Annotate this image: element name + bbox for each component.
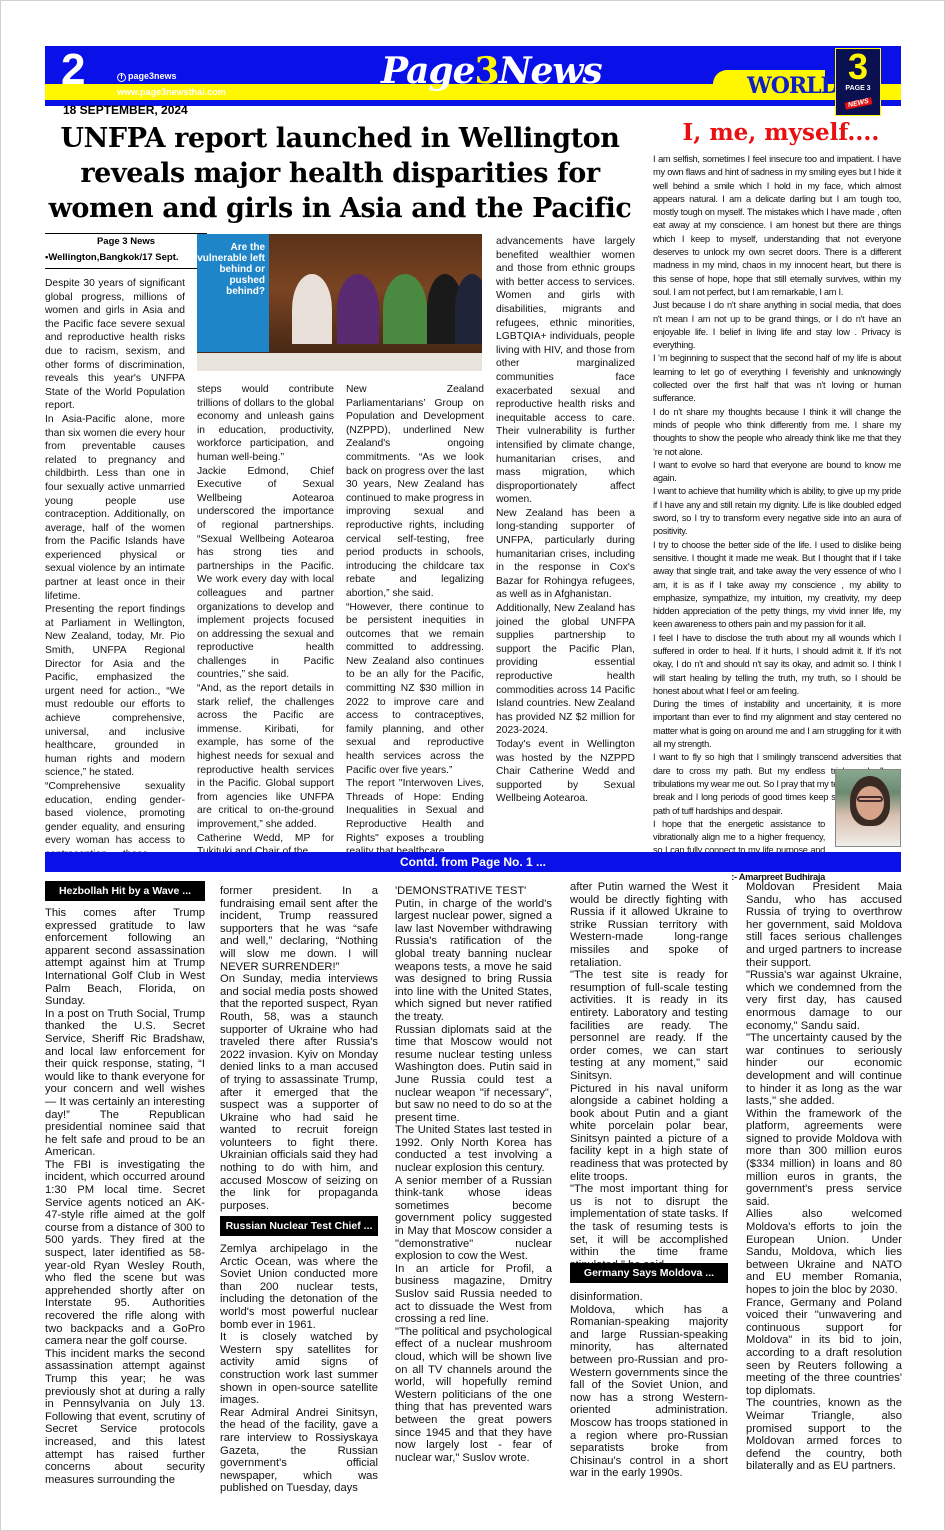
paragraph: "The political and psychological effect …: [395, 1326, 552, 1465]
paragraph: In an article for Profil, a business mag…: [395, 1263, 552, 1326]
paragraph: I try to choose the better side of the l…: [653, 539, 901, 632]
paragraph: In a post on Truth Social, Trump thanked…: [45, 1008, 205, 1159]
logo-number: 3: [475, 50, 499, 92]
paragraph: Moldova, which has a Romanian-speaking m…: [570, 1304, 728, 1480]
logo-word-news: News: [499, 50, 602, 92]
paragraph: New Zealand Parliamentarians’ Group on P…: [346, 383, 484, 601]
paragraph: Within the framework of the platform, ag…: [746, 1108, 902, 1209]
paragraph: Rear Admiral Andrei Sinitsyn, the head o…: [220, 1407, 378, 1495]
page-number: 2: [61, 50, 85, 90]
article-column-2: steps would contribute trillions of doll…: [197, 383, 334, 859]
article-column-1: Despite 30 years of significant global p…: [45, 277, 185, 862]
paragraph: France, Germany and Poland voiced their …: [746, 1297, 902, 1398]
paragraph: I do n't share my thoughts because I thi…: [653, 406, 901, 459]
panelist: [455, 274, 482, 344]
continued-column-4: after Putin warned the West it would be …: [570, 881, 728, 1271]
paragraph: In Asia-Pacific alone, more than six wom…: [45, 413, 185, 603]
paragraph: Zemlya archipelago in the Arctic Ocean, …: [220, 1243, 378, 1331]
paragraph: I want to evolve so hard that everyone a…: [653, 459, 901, 486]
paragraph: Today's event in Wellington was hosted b…: [496, 738, 635, 806]
main-headline: UNFPA report launched in Wellington reve…: [45, 121, 635, 226]
paragraph: I want to achieve that humility which is…: [653, 485, 901, 538]
facebook-handle[interactable]: fpage3news: [117, 71, 177, 82]
section-label: WORLD: [747, 73, 839, 99]
issue-date: 18 SEPTEMBER, 2024: [63, 103, 188, 117]
paragraph: "The uncertainty caused by the war conti…: [746, 1032, 902, 1108]
masthead: 2 fpage3news www.page3newsthai.com 18 SE…: [45, 46, 901, 106]
paragraph: “And, as the report details in stark rel…: [197, 682, 334, 832]
newspaper-logo: Page3News: [381, 50, 602, 92]
paragraph: former president. In a fundraising email…: [220, 885, 378, 973]
paragraph: This incident marks the second assassina…: [45, 1348, 205, 1487]
logo-word-page: Page: [381, 50, 475, 92]
paragraph: 'DEMONSTRATIVE TEST': [395, 885, 552, 898]
paragraph: “Comprehensive sexuality education, endi…: [45, 780, 185, 862]
author-photo-face: [856, 786, 884, 820]
paragraph: Additionally, New Zealand has joined the…: [496, 602, 635, 738]
badge-number: 3: [836, 49, 880, 85]
continued-column-1: This comes after Trump expressed gratitu…: [45, 907, 205, 1486]
panelist: [337, 274, 379, 344]
paragraph: This comes after Trump expressed gratitu…: [45, 907, 205, 1008]
continued-column-2: former president. In a fundraising email…: [220, 885, 378, 1212]
panelist: [383, 274, 427, 344]
badge-news-text: NEWS: [844, 97, 872, 109]
paragraph: "The most important thing for us is not …: [570, 1183, 728, 1271]
continued-column-2b: Zemlya archipelago in the Arctic Ocean, …: [220, 1243, 378, 1495]
paragraph: I ‘m beginning to suspect that the secon…: [653, 352, 901, 405]
panelist: [292, 274, 332, 344]
continued-column-5: Moldovan President Maia Sandu, who has a…: [746, 881, 902, 1473]
paragraph: I am selfish, sometimes I feel insecure …: [653, 153, 901, 299]
article-column-3: New Zealand Parliamentarians’ Group on P…: [346, 383, 484, 859]
continued-column-4b: disinformation. Moldova, which has a Rom…: [570, 1291, 728, 1480]
facebook-icon: f: [117, 73, 126, 82]
paragraph: I feel I have to disclose the truth abou…: [653, 632, 901, 698]
paragraph: "The test site is ready for resumption o…: [570, 969, 728, 1082]
presentation-screen: Are the vulnerable left behind or pushed…: [197, 234, 269, 352]
paragraph: The FBI is investigating the incident, w…: [45, 1159, 205, 1348]
author-photo-glasses: [857, 796, 883, 802]
continued-banner: Contd. from Page No. 1 ...: [45, 852, 901, 872]
section-head-hezbollah: Hezbollah Hit by a Wave ...: [45, 881, 205, 901]
paragraph: advancements have largely benefited weal…: [496, 235, 635, 507]
paragraph: Putin, in charge of the world's largest …: [395, 898, 552, 1024]
paragraph: Pictured in his naval uniform alongside …: [570, 1083, 728, 1184]
paragraph: Russian diplomats said at the time that …: [395, 1024, 552, 1125]
paragraph: steps would contribute trillions of doll…: [197, 383, 334, 465]
paragraph: Presenting the report findings at Parlia…: [45, 603, 185, 780]
badge-page-text: PAGE 3: [836, 85, 880, 92]
article-column-4: advancements have largely benefited weal…: [496, 235, 635, 806]
page3-badge-logo: 3 PAGE 3 NEWS: [835, 48, 881, 116]
paragraph: Just because I do n't share anything in …: [653, 299, 901, 352]
continued-column-3: 'DEMONSTRATIVE TEST' Putin, in charge of…: [395, 885, 552, 1464]
facebook-handle-text: page3news: [128, 71, 177, 81]
byline: Page 3 News •Wellington,Bangkok/17 Sept.: [45, 233, 207, 269]
paragraph: disinformation.: [570, 1291, 728, 1304]
paragraph: "Russia's war against Ukraine, which we …: [746, 969, 902, 1032]
paragraph: The report "Interwoven Lives, Threads of…: [346, 777, 484, 859]
news-source: Page 3 News: [45, 234, 207, 249]
newspaper-page: 2 fpage3news www.page3newsthai.com 18 SE…: [0, 0, 945, 1531]
paragraph: During the times of instability and unce…: [653, 698, 901, 751]
paragraph: A senior member of a Russian think-tank …: [395, 1175, 552, 1263]
opinion-title: I, me, myself....: [651, 119, 911, 146]
paragraph: Jackie Edmond, Chief Executive of Sexual…: [197, 465, 334, 683]
paragraph: Allies also welcomed Moldova's efforts t…: [746, 1208, 902, 1296]
paragraph: Despite 30 years of significant global p…: [45, 277, 185, 413]
author-photo: [835, 769, 901, 847]
dateline: •Wellington,Bangkok/17 Sept.: [45, 249, 207, 268]
paragraph: New Zealand has been a long-standing sup…: [496, 507, 635, 602]
website-link[interactable]: www.page3newsthai.com: [117, 87, 226, 97]
section-head-germany: Germany Says Moldova ...: [570, 1263, 728, 1283]
paragraph: The United States last tested in 1992. O…: [395, 1124, 552, 1174]
paragraph: It is closely watched by Western spy sat…: [220, 1331, 378, 1407]
paragraph: On Sunday, media interviews and social m…: [220, 973, 378, 1212]
paragraph: Moldovan President Maia Sandu, who has a…: [746, 881, 902, 969]
paragraph: “However, there continue to be persisten…: [346, 601, 484, 778]
paragraph: after Putin warned the West it would be …: [570, 881, 728, 969]
panel-table: [197, 353, 482, 371]
panel-discussion-photo: Are the vulnerable left behind or pushed…: [197, 234, 482, 371]
paragraph: The countries, known as the Weimar Trian…: [746, 1397, 902, 1473]
section-head-russia: Russian Nuclear Test Chief ...: [220, 1216, 378, 1236]
